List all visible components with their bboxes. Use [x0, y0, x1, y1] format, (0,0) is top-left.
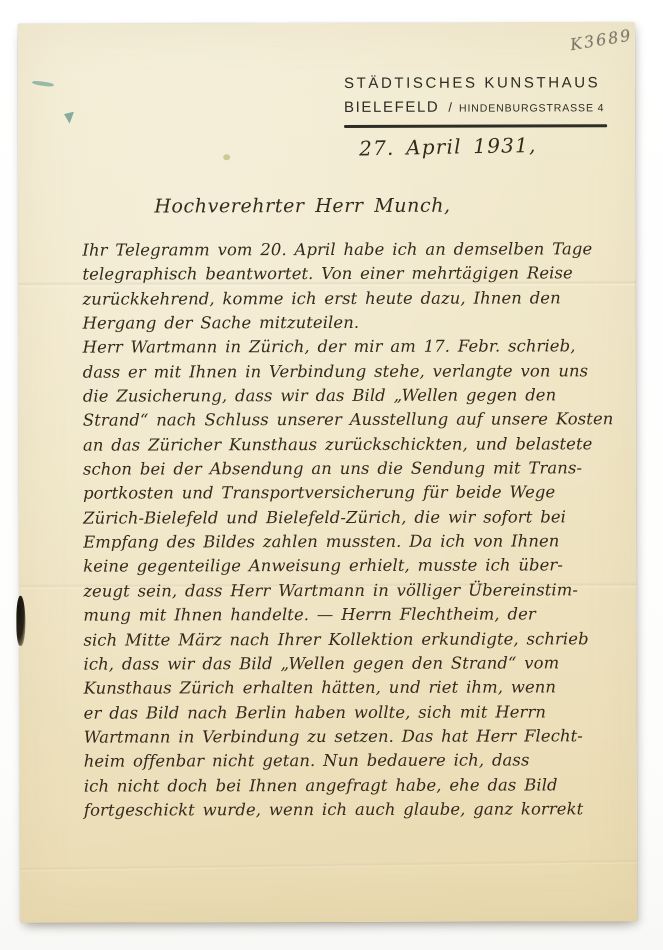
handwritten-line: keine gegenteilige Anweisung erhielt, mu… — [83, 554, 613, 580]
handwritten-line: portkosten und Transportversicherung für… — [83, 481, 613, 507]
archive-label: K3689 — [569, 25, 634, 54]
handwritten-line: dass er mit Ihnen in Verbindung stehe, v… — [83, 359, 613, 385]
handwritten-line: Wartmann in Verbindung zu setzen. Das ha… — [84, 724, 614, 750]
handwritten-line: Herr Wartmann in Zürich, der mir am 17. … — [83, 335, 613, 361]
ink-speck — [32, 80, 54, 87]
handwritten-line: telegraphisch beantwortet. Von einer meh… — [82, 262, 612, 288]
scan-background: K3689 STÄDTISCHES KUNSTHAUS BIELEFELD / … — [0, 0, 663, 950]
handwritten-line: heim offenbar nicht getan. Nun bedauere … — [84, 748, 614, 774]
handwritten-line: fortgeschickt wurde, wenn ich auch glaub… — [84, 797, 614, 823]
letterhead-institution: STÄDTISCHES KUNSTHAUS — [344, 74, 612, 92]
letterhead-rule — [344, 124, 607, 127]
letterhead-address-line: BIELEFELD / HINDENBURGSTRASSE 4 — [344, 98, 612, 116]
handwritten-line: Zürich-Bielefeld und Bielefeld-Zürich, d… — [83, 505, 613, 531]
letterhead-street: HINDENBURGSTRASSE 4 — [459, 102, 604, 114]
salutation: Hochverehrter Herr Munch, — [154, 195, 450, 218]
letterhead: STÄDTISCHES KUNSTHAUS BIELEFELD / HINDEN… — [344, 74, 612, 127]
letterhead-separator: / — [448, 100, 452, 115]
handwritten-line: zeugt sein, dass Herr Wartmann in völlig… — [83, 578, 613, 604]
handwritten-line: an das Züricher Kunsthaus zurückschickte… — [83, 432, 613, 458]
paper-crease — [20, 859, 637, 872]
letter-body: Ihr Telegramm vom 20. April habe ich an … — [82, 237, 614, 823]
handwritten-line: Empfang des Bildes zahlen mussten. Da ic… — [83, 529, 613, 555]
handwritten-line: schon bei der Absendung an uns die Sendu… — [83, 456, 613, 482]
handwritten-line: Hergang der Sache mitzuteilen. — [83, 310, 613, 336]
letterhead-city: BIELEFELD — [344, 99, 439, 116]
letter-paper: K3689 STÄDTISCHES KUNSTHAUS BIELEFELD / … — [18, 22, 637, 923]
handwritten-line: sich Mitte März nach Ihrer Kollektion er… — [83, 627, 613, 653]
handwritten-line: Strand“ nach Schluss unserer Ausstellung… — [83, 408, 613, 434]
handwritten-line: ich nicht doch bei Ihnen angefragt habe,… — [84, 773, 614, 799]
ink-speck — [223, 154, 230, 160]
handwritten-line: Ihr Telegramm vom 20. April habe ich an … — [82, 237, 612, 263]
date-line: 27. April 1931, — [359, 133, 537, 161]
handwritten-line: er das Bild nach Berlin haben wollte, si… — [84, 700, 614, 726]
ink-speck — [64, 112, 74, 124]
handwritten-line: Kunsthaus Zürich erhalten hätten, und ri… — [84, 675, 614, 701]
handwritten-line: ich, dass wir das Bild „Wellen gegen den… — [83, 651, 613, 677]
handwritten-line: mung mit Ihnen handelte. — Herrn Flechth… — [83, 602, 613, 628]
edge-smudge — [16, 596, 25, 646]
handwritten-line: die Zusicherung, dass wir das Bild „Well… — [83, 383, 613, 409]
handwritten-line: zurückkehrend, komme ich erst heute dazu… — [83, 286, 613, 312]
